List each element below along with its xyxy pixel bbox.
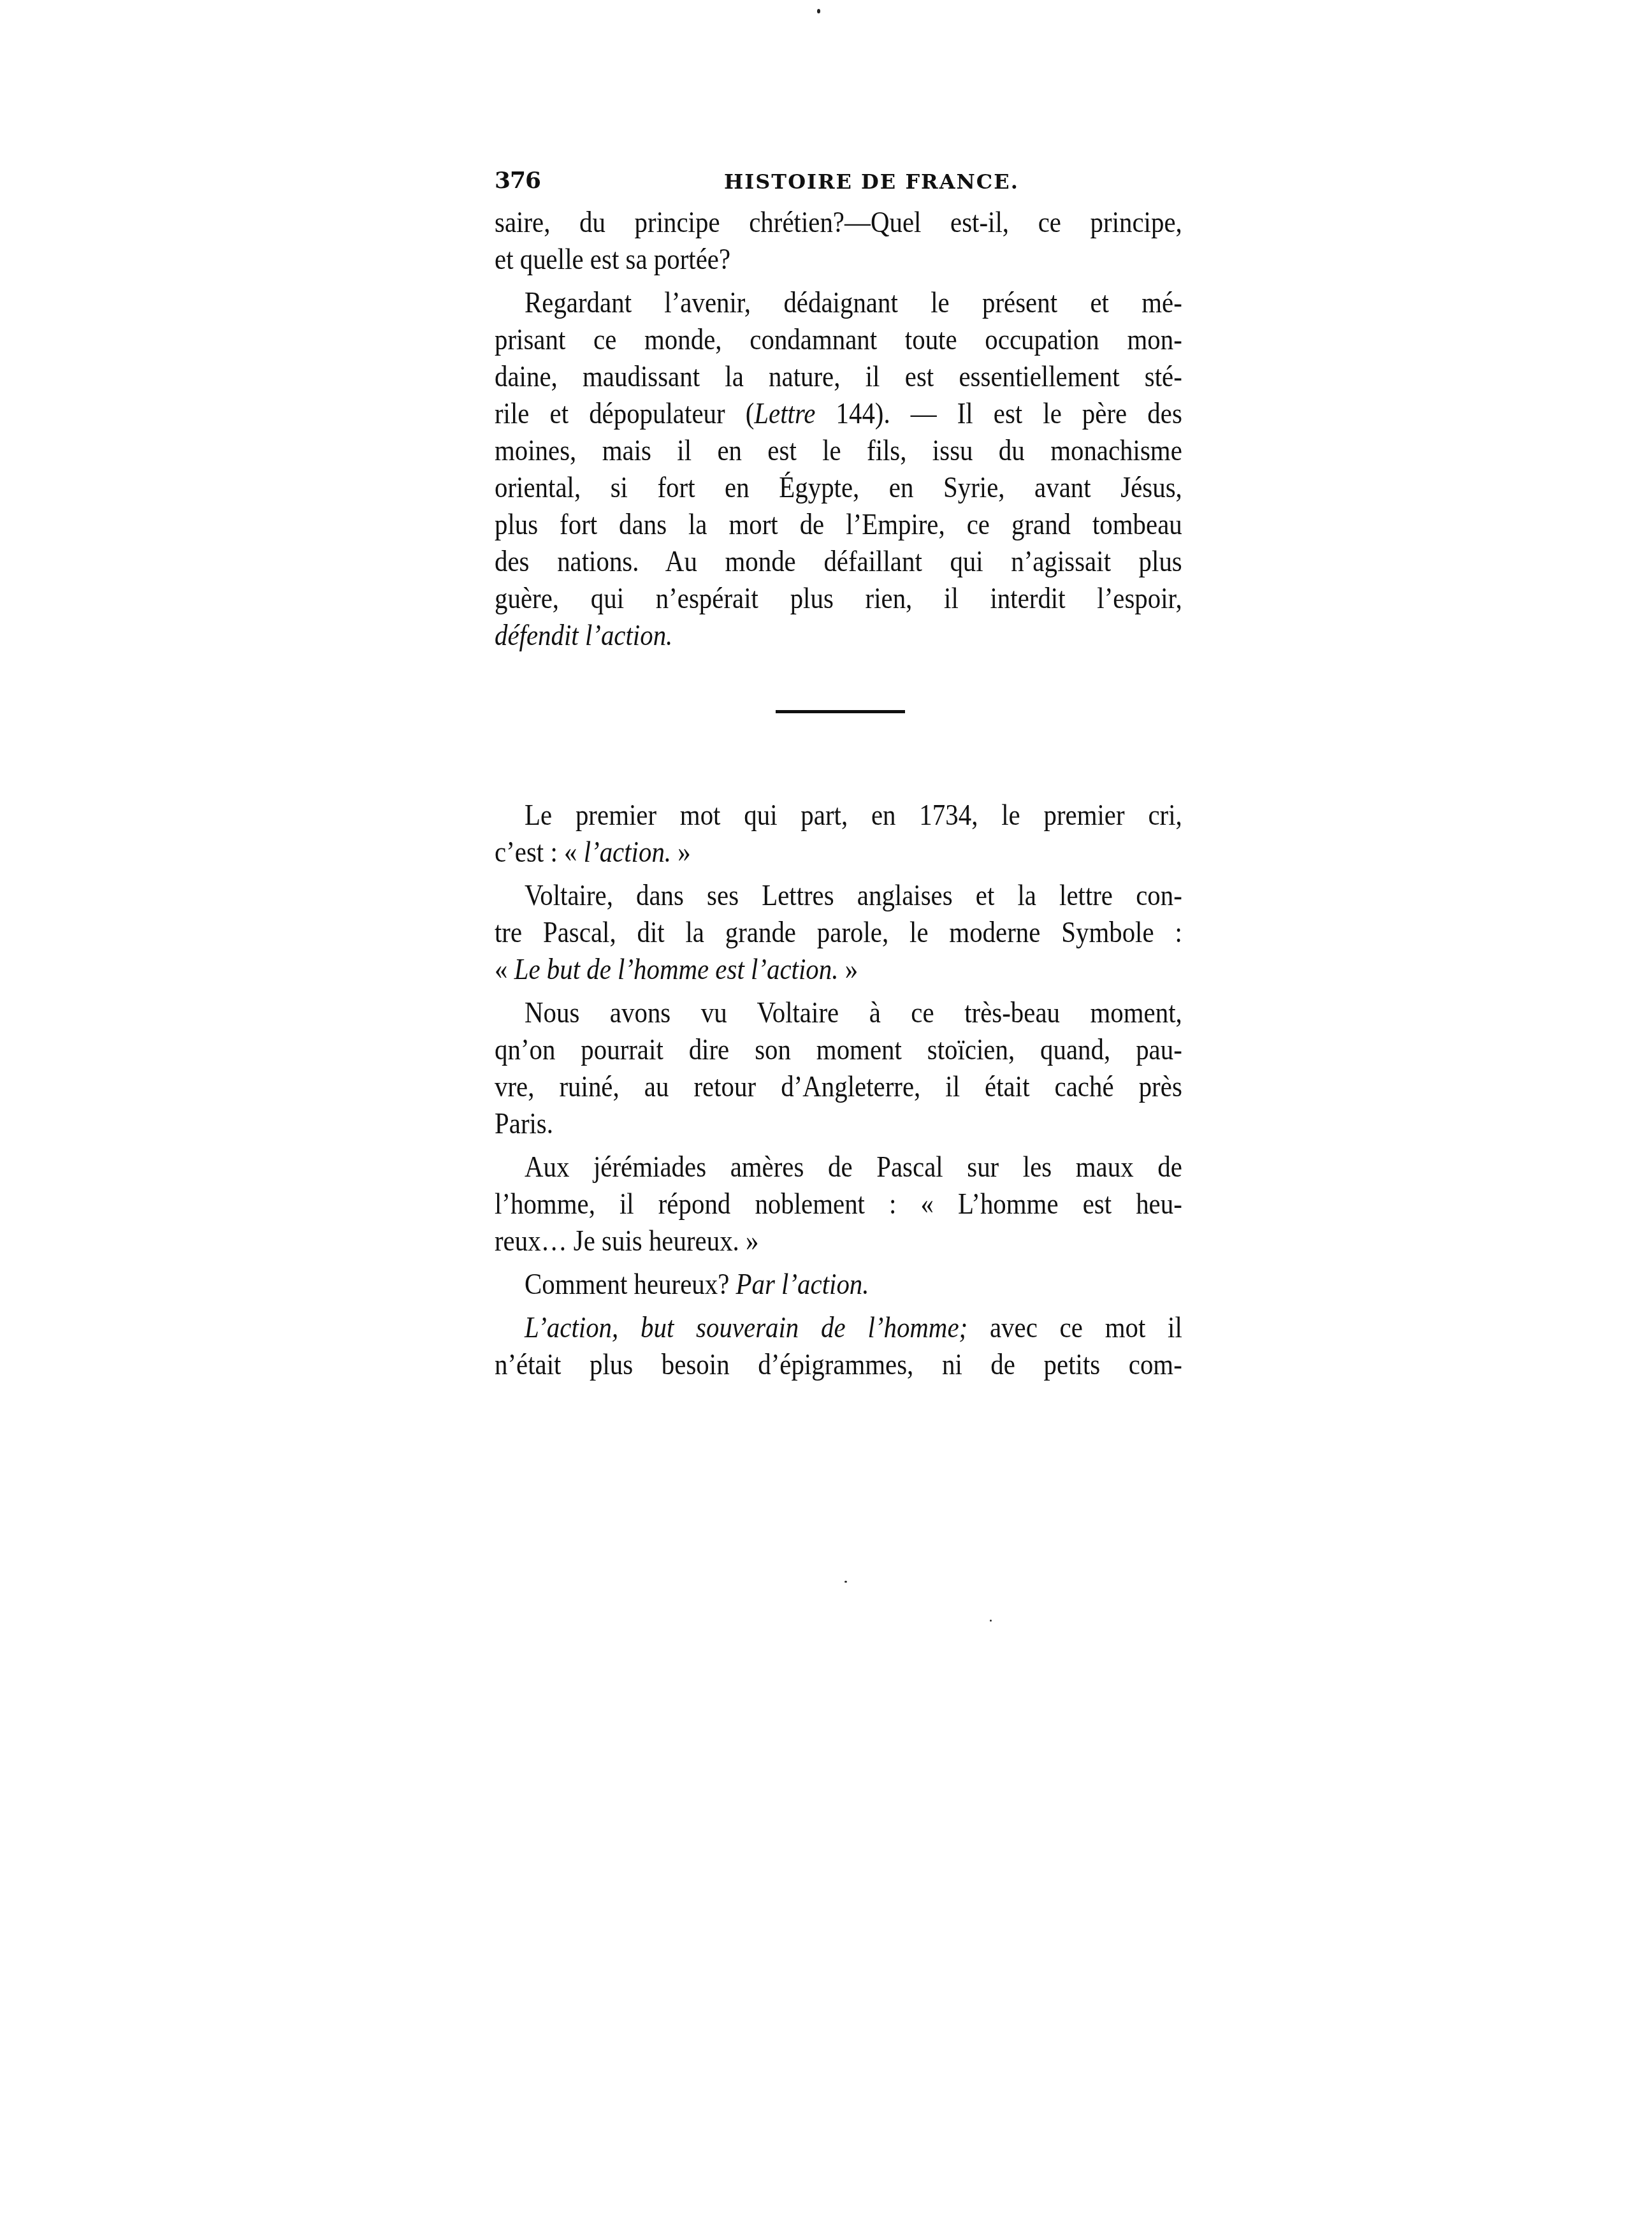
text-line: L’action, but souverain de l’homme; avec… [495, 1309, 1182, 1346]
text-line: reux… Je suis heureux. » [495, 1223, 1182, 1260]
page-header: 376 HISTOIRE DE FRANCE. [495, 167, 1183, 199]
text-line: guère, qui n’espérait plus rien, il inte… [495, 580, 1182, 617]
quote-line: « Le but de l’homme est l’action. » [495, 951, 1182, 988]
text-section-1: saire, du principe chrétien?—Quel est-il… [495, 204, 1094, 654]
text-line: n’était plus besoin d’épigrammes, ni de … [495, 1346, 1182, 1383]
citation-italic: Lettre [754, 397, 815, 430]
text-line: plus fort dans la mort de l’Empire, ce g… [495, 506, 1182, 543]
text-line: qn’on pourrait dire son moment stoïcien,… [495, 1031, 1182, 1068]
text-line: c’est : « l’action. » [495, 834, 1182, 871]
scan-speck [844, 1581, 847, 1583]
text-line: Regardant l’avenir, dédaignant le présen… [495, 284, 1182, 321]
scan-speck [990, 1620, 992, 1622]
text-section-2: Le premier mot qui part, en 1734, le pre… [495, 797, 1094, 1383]
text-line: daine, maudissant la nature, il est esse… [495, 358, 1182, 395]
text-line-with-citation: rile et dépopulateur (Lettre 144). — Il … [495, 395, 1182, 432]
text-line: Voltaire, dans ses Lettres anglaises et … [495, 877, 1182, 914]
scan-speck [817, 9, 820, 13]
text-line: des nations. Au monde défaillant qui n’a… [495, 543, 1182, 580]
text-line: Comment heureux? Par l’action. [495, 1266, 1182, 1303]
text-line: Aux jérémiades amères de Pascal sur les … [495, 1149, 1182, 1186]
page-number: 376 [495, 167, 540, 194]
text-line: Le premier mot qui part, en 1734, le pre… [495, 797, 1182, 834]
section-separator-rule [776, 710, 905, 713]
text-line: Paris. [495, 1105, 1182, 1142]
running-title: HISTOIRE DE FRANCE. [724, 170, 1019, 194]
text-line: l’homme, il répond noblement : « L’homme… [495, 1186, 1182, 1223]
text-line: prisant ce monde, condamnant toute occup… [495, 321, 1182, 358]
text-line: et quelle est sa portée? [495, 241, 1182, 278]
text-line: saire, du principe chrétien?—Quel est-il… [495, 204, 1182, 241]
text-line: moines, mais il en est le fils, issu du … [495, 432, 1182, 469]
text-line: défendit l’action. [495, 617, 1182, 654]
text-line: tre Pascal, dit la grande parole, le mod… [495, 914, 1182, 951]
text-line: Nous avons vu Voltaire à ce très-beau mo… [495, 994, 1182, 1031]
text-line: vre, ruiné, au retour d’Angleterre, il é… [495, 1068, 1182, 1105]
text-line: oriental, si fort en Égypte, en Syrie, a… [495, 469, 1182, 506]
